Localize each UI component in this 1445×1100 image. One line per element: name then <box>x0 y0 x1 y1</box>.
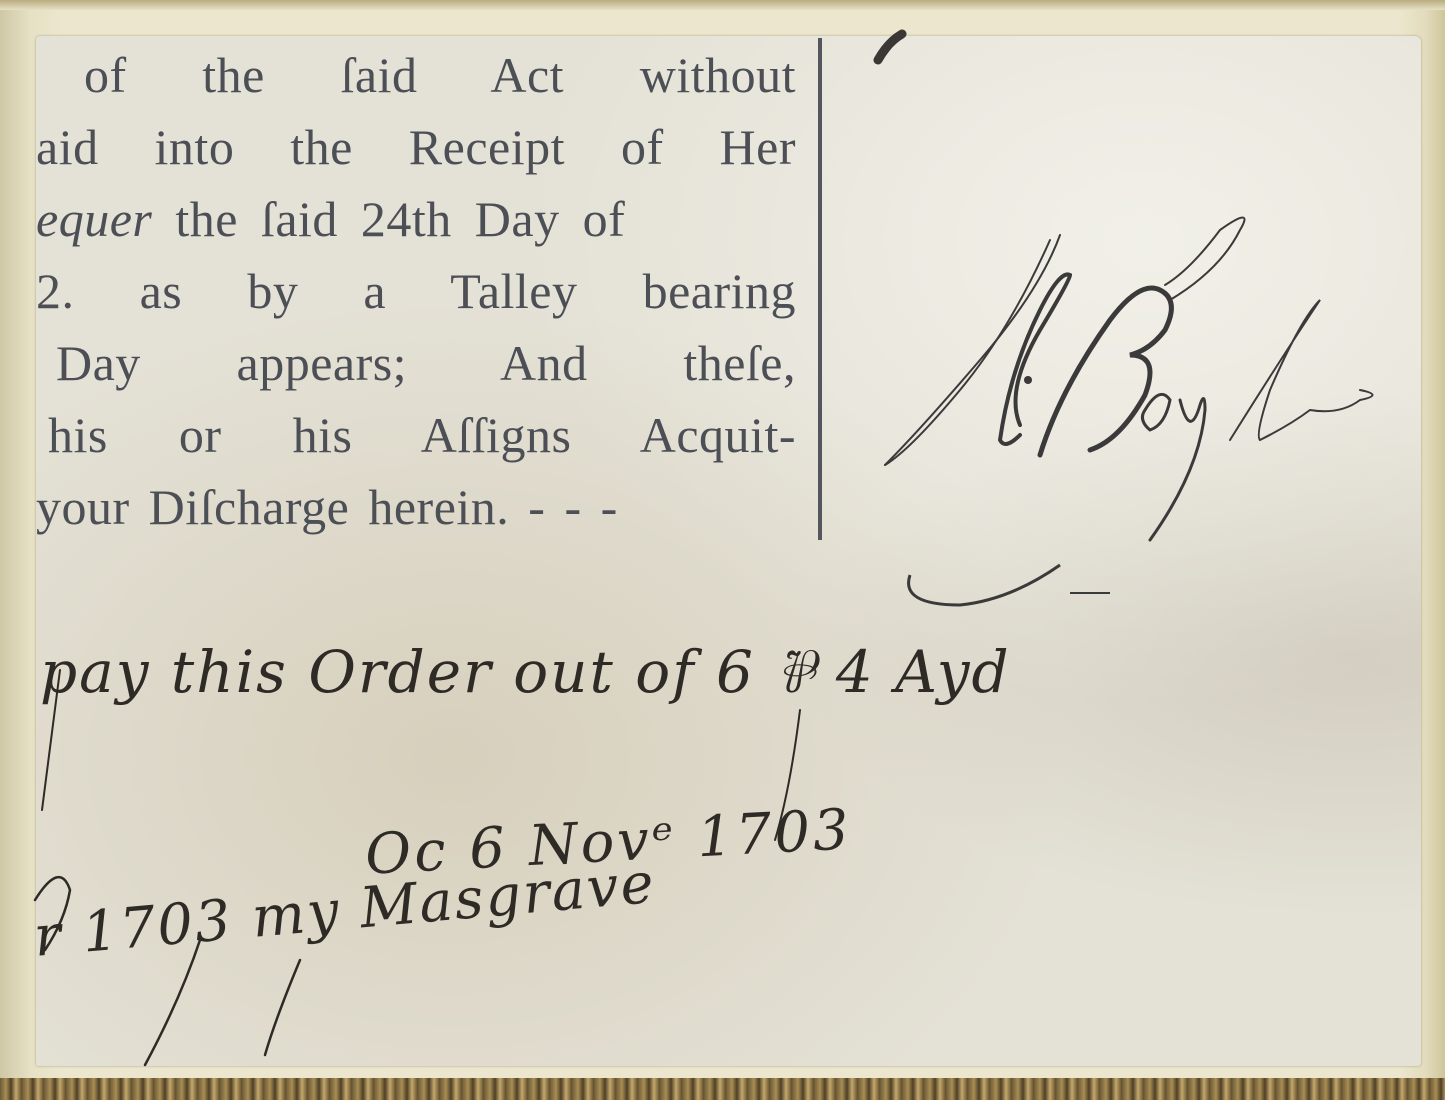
column-rule <box>818 38 822 540</box>
printed-line-6: his or his Aſſigns Acquit- <box>36 406 796 464</box>
handwriting-strokes-1 <box>30 640 1030 840</box>
printed-line-3: equer the ſaid 24th Day of <box>36 190 796 248</box>
printed-line-3-text: the ſaid 24th Day of <box>152 191 625 247</box>
printed-line-2: aid into the Receipt of Her <box>36 118 796 176</box>
printed-line-3-italic: equer <box>36 191 152 247</box>
signature-flourish <box>860 210 1400 550</box>
printed-line-7: your Diſcharge herein. - - - <box>36 478 796 536</box>
printed-text-column: of the ſaid Act without aid into the Rec… <box>36 36 806 546</box>
ligature-flourish <box>900 565 1100 625</box>
printed-line-4: 2. as by a Talley bearing <box>36 262 796 320</box>
signature-h-boyle: H. Boyle <box>860 210 1400 550</box>
handwriting-strokes-3 <box>30 840 630 1060</box>
frame-mount-shadow <box>0 0 1445 10</box>
ink-stroke-top <box>870 30 910 70</box>
gilt-frame-edge <box>0 1078 1445 1100</box>
printed-line-5: Day appears; And theſe, <box>36 334 796 392</box>
printed-line-1: of the ſaid Act without <box>36 46 796 104</box>
